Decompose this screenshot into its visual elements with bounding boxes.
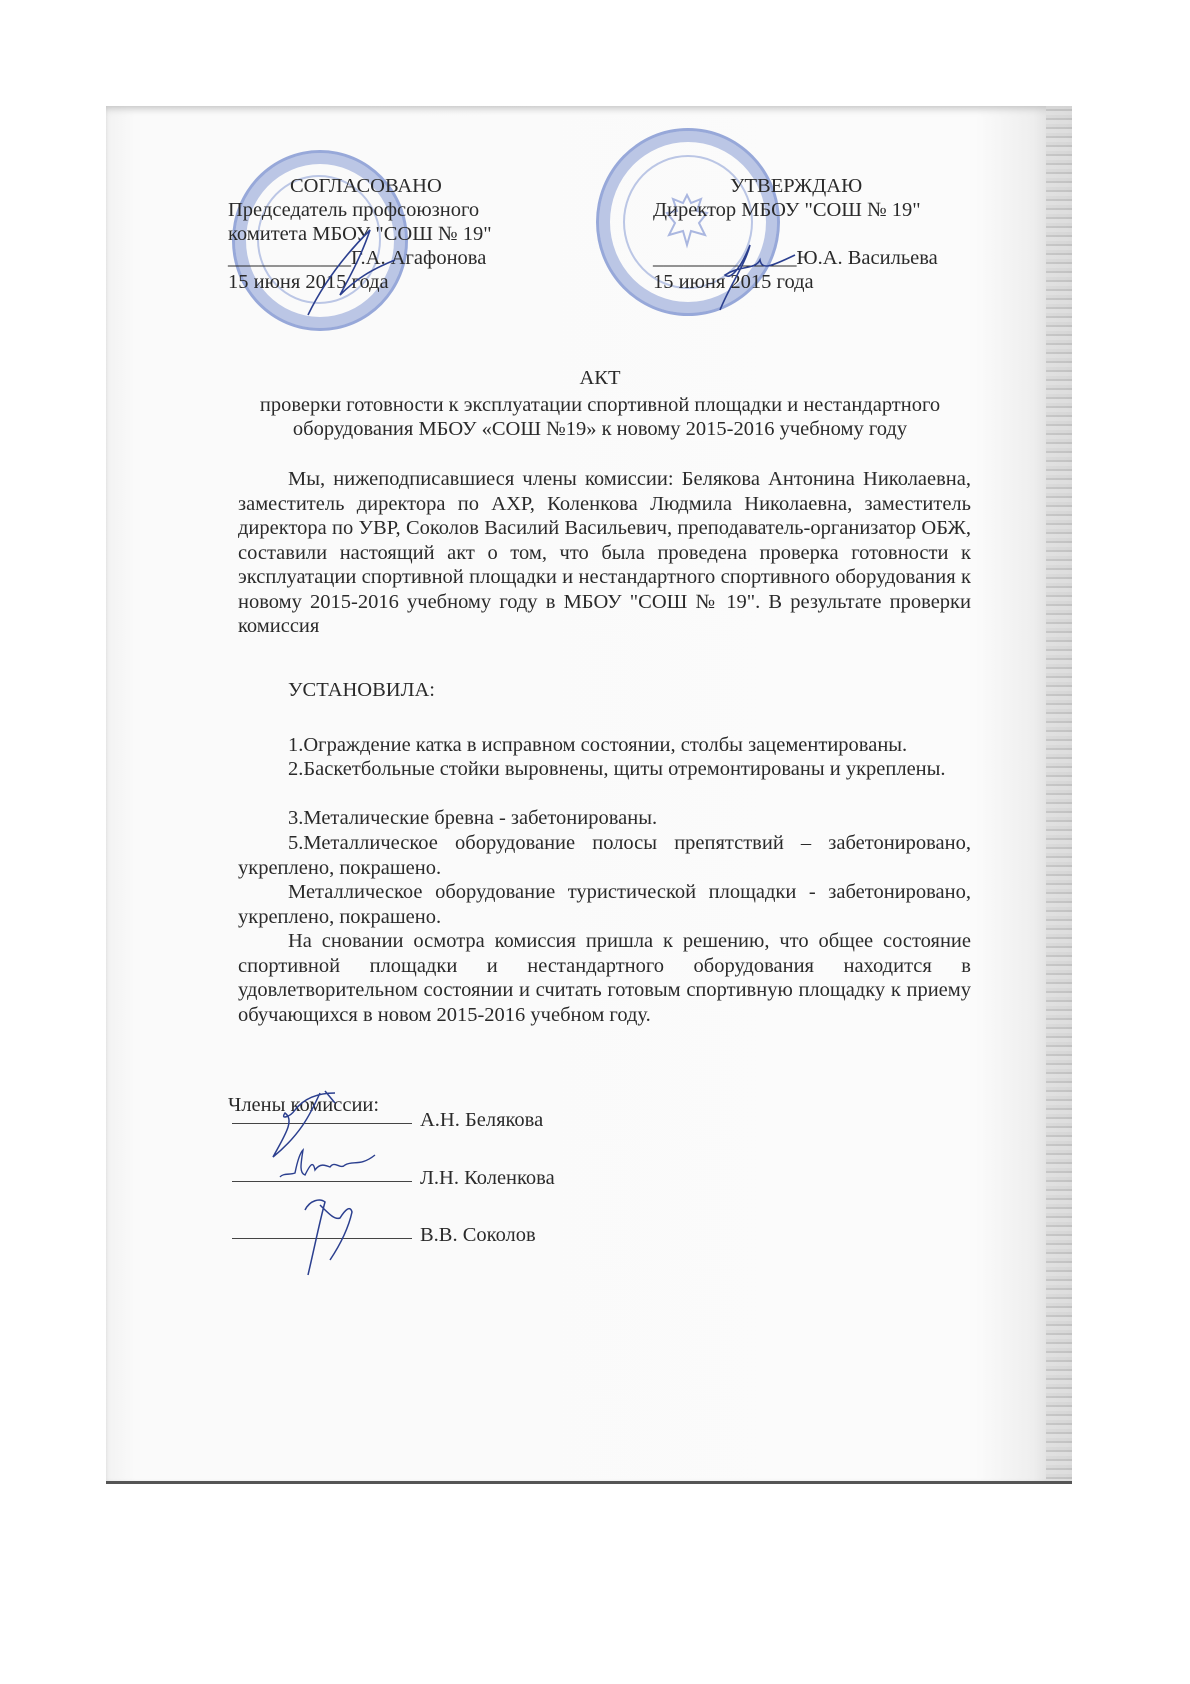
finding-item-touristic: Металлическое оборудование туристической… (238, 880, 971, 929)
member-signature-2-icon (275, 1145, 385, 1185)
member-name-2: Л.Н. Коленкова (420, 1166, 555, 1190)
document-title: АКТ (230, 366, 970, 390)
approve-heading: УТВЕРЖДАЮ (730, 174, 862, 198)
finding-item-3: 3.Металические бревна - забетонированы. (238, 806, 971, 831)
scan-edge-shadow (1046, 106, 1072, 1484)
member-signature-3-icon (290, 1190, 370, 1280)
member-name-3: В.В. Соколов (420, 1223, 536, 1247)
page-bottom-border (106, 1481, 1072, 1484)
finding-item-2: 2.Баскетбольные стойки выровнены, щиты о… (238, 757, 971, 782)
established-heading: УСТАНОВИЛА: (288, 678, 435, 702)
conclusion-paragraph: На сновании осмотра комиссия пришла к ре… (238, 929, 971, 1027)
intro-paragraph: Мы, нижеподписавшиеся члены комиссии: Бе… (238, 467, 971, 639)
scanned-page (106, 106, 1072, 1484)
director-title: Директор МБОУ "СОШ № 19" (653, 198, 921, 222)
document-subtitle-line1: проверки готовности к эксплуатации спорт… (230, 393, 970, 417)
director-signature-icon (690, 225, 800, 315)
member-name-1: А.Н. Белякова (420, 1108, 543, 1132)
document-subtitle-line2: оборудования МБОУ «СОШ №19» к новому 201… (230, 417, 970, 441)
finding-item-5: 5.Металлическое оборудование полосы преп… (238, 831, 971, 880)
trade-union-signature-icon (300, 200, 400, 320)
approved-by-heading: СОГЛАСОВАНО (290, 174, 442, 198)
finding-item-1: 1.Ограждение катка в исправном состоянии… (238, 733, 971, 758)
